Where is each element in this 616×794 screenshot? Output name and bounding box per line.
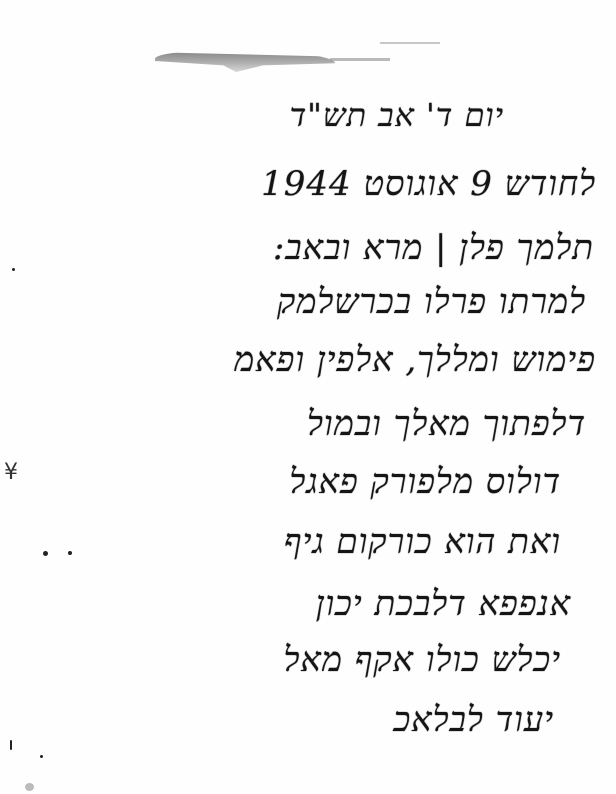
letter-line: פימוש ומללך, אלפין ופאמ: [234, 340, 596, 380]
letter-line-date-hebrew: יום ד' אב תש"ד: [290, 96, 504, 134]
margin-dot: [68, 551, 72, 555]
margin-dot: [43, 551, 48, 556]
margin-dot: [40, 755, 43, 758]
letter-page: יום ד' אב תש"ד לחודש 9 אוגוסט 1944 תלמך …: [0, 0, 616, 794]
margin-dot: [12, 268, 15, 271]
letter-line: ואת הוא כורקום גיף: [284, 522, 561, 562]
letter-line: דלפתוך מאלך ובמול: [307, 404, 586, 444]
letter-line: אנפפא דלבכת יכון: [316, 584, 571, 624]
ink-stroke: [330, 58, 390, 61]
margin-mark: ¥: [4, 460, 18, 485]
letter-line: תלמך פלן | מרא ובאב:: [273, 228, 594, 268]
letter-line: דולוס מלפורק פאגל: [289, 462, 561, 502]
margin-mark: [10, 740, 12, 750]
letter-line: למרתו פרלו בכרשלמק: [277, 282, 586, 322]
faint-marks: [380, 42, 440, 44]
ink-smudge: [155, 50, 335, 72]
letter-line-signature: יעוד לבלאכ: [394, 700, 554, 740]
letter-line: יכלש כולו אקף מאל: [283, 640, 561, 680]
letter-line-date-gregorian: לחודש 9 אוגוסט 1944: [261, 164, 596, 204]
margin-mark: [25, 783, 34, 791]
